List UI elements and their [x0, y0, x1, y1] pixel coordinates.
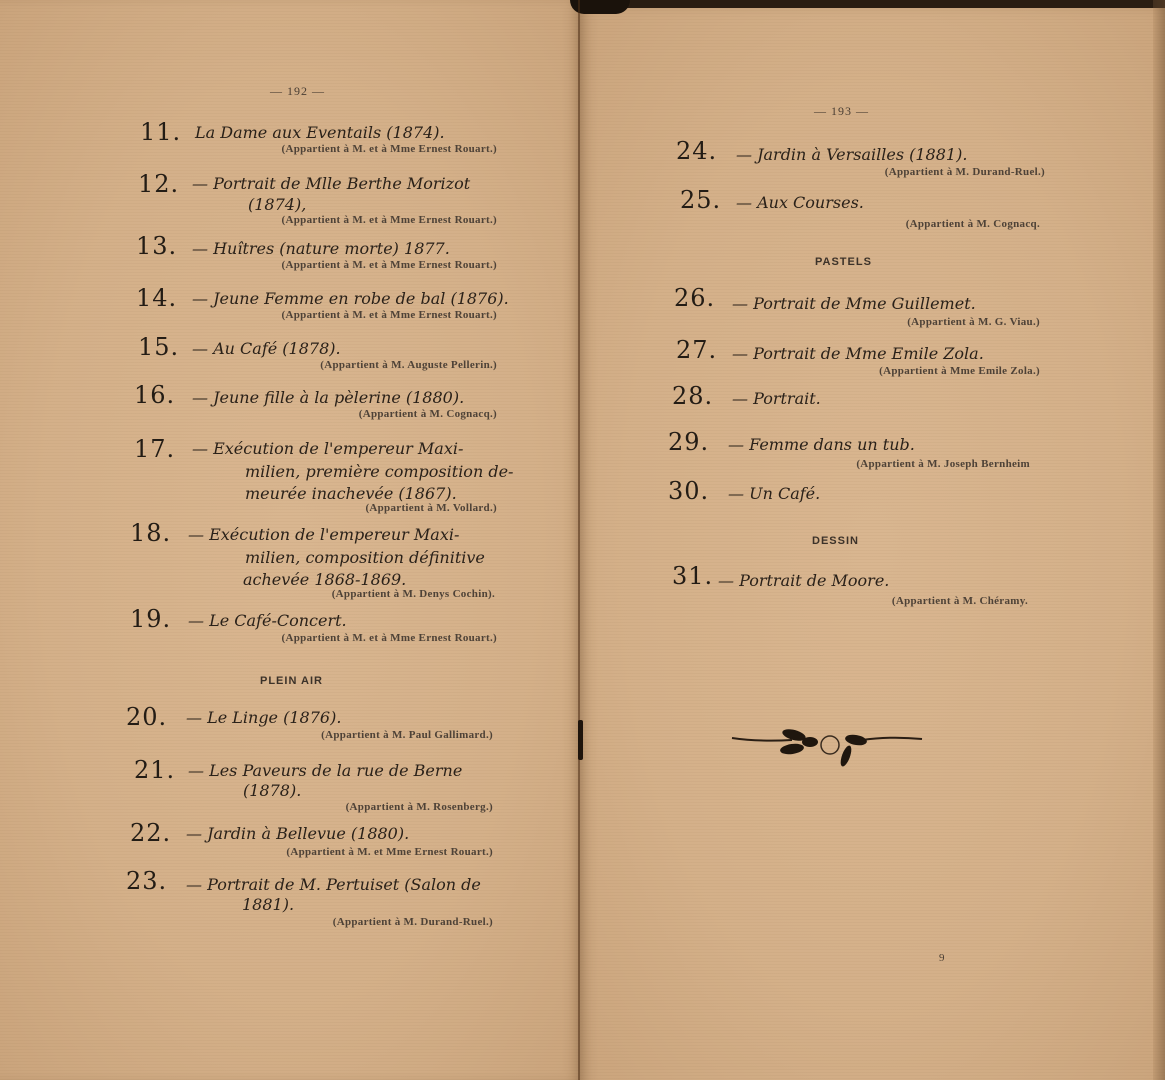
entry-owner: (Appartient à M. et à Mme Ernest Rouart.… [282, 632, 497, 644]
entry-title: — Jeune fille à la pèlerine (1880). [192, 386, 464, 409]
entry-owner: (Appartient à M. Rosenberg.) [346, 801, 493, 813]
entry-number: 23. [126, 867, 167, 895]
entry-number: 13. [136, 232, 177, 260]
entry-owner: (Appartient à M. Durand-Ruel.) [885, 166, 1045, 178]
entry-title: — Le Café-Concert. [188, 609, 347, 632]
entry-number: 18. [130, 519, 171, 547]
entry-owner: (Appartient à M. Joseph Bernheim [856, 458, 1030, 470]
entry-title: — Le Linge (1876). [186, 706, 341, 729]
entry-owner: (Appartient à M. et à Mme Ernest Rouart.… [282, 259, 497, 271]
entry-owner: (Appartient à M. Chéramy. [892, 595, 1028, 607]
entry-owner: (Appartient à M. Denys Cochin). [332, 588, 495, 600]
entry-number: 30. [668, 477, 709, 505]
entry-number: 25. [680, 186, 721, 214]
entry-number: 28. [672, 382, 713, 410]
page-edge [1153, 0, 1165, 1080]
entry-number: 11. [140, 118, 181, 146]
entry-title: — Portrait de M. Pertuiset (Salon de [186, 873, 481, 896]
right-page [580, 8, 1165, 1080]
entry-title: — Huîtres (nature morte) 1877. [192, 237, 450, 260]
entry-title-line2: (1878). [243, 779, 301, 802]
entry-title: — Portrait de Mme Emile Zola. [732, 342, 984, 365]
entry-number: 16. [134, 381, 175, 409]
entry-owner: (Appartient à M. et Mme Ernest Rouart.) [286, 846, 493, 858]
entry-title: — Portrait de Moore. [718, 569, 889, 592]
entry-owner: (Appartient à M. et à Mme Ernest Rouart.… [282, 309, 497, 321]
signature-mark: 9 [939, 952, 945, 964]
entry-title-line2: 1881). [242, 893, 294, 916]
entry-title: — Les Paveurs de la rue de Berne [188, 759, 462, 782]
entry-number: 12. [138, 170, 179, 198]
entry-number: 22. [130, 819, 171, 847]
section-heading-plein-air: PLEIN AIR [260, 675, 323, 687]
entry-owner: (Appartient à M. et à Mme Ernest Rouart.… [282, 143, 497, 155]
book-gutter [578, 0, 580, 1080]
entry-number: 20. [126, 703, 167, 731]
entry-number: 24. [676, 137, 717, 165]
entry-title-line2: milien, première composition de- [245, 460, 513, 483]
entry-title: — Jeune Femme en robe de bal (1876). [192, 287, 509, 310]
section-heading-dessin: DESSIN [812, 535, 859, 547]
entry-owner: (Appartient à M. Auguste Pellerin.) [320, 359, 497, 371]
entry-title: — Portrait. [732, 387, 821, 410]
gutter-tear [578, 720, 583, 760]
entry-title: — Femme dans un tub. [728, 433, 915, 456]
entry-number: 14. [136, 284, 177, 312]
entry-title: — Aux Courses. [736, 191, 864, 214]
entry-number: 26. [674, 284, 715, 312]
entry-owner: (Appartient à M. G. Viau.) [907, 316, 1040, 328]
entry-number: 17. [134, 435, 175, 463]
page-number-right: — 193 — [814, 104, 869, 119]
entry-number: 27. [676, 336, 717, 364]
entry-owner: (Appartient à Mme Emile Zola.) [879, 365, 1040, 377]
entry-title: — Jardin à Bellevue (1880). [186, 822, 409, 845]
entry-title: — Exécution de l'empereur Maxi- [188, 523, 459, 546]
entry-owner: (Appartient à M. Paul Gallimard.) [321, 729, 493, 741]
entry-owner: (Appartient à M. Cognacq. [906, 218, 1040, 230]
page-number-left: — 192 — [270, 84, 325, 99]
entry-owner: (Appartient à M. Cognacq.) [359, 408, 497, 420]
entry-title: — Portrait de Mme Guillemet. [732, 292, 976, 315]
entry-number: 31. [672, 562, 713, 590]
fleuron-ornament-icon [730, 722, 925, 772]
entry-title: — Portrait de Mlle Berthe Morizot [192, 172, 470, 195]
entry-owner: (Appartient à M. Vollard.) [365, 502, 497, 514]
entry-title-line2: (1874), [248, 193, 306, 216]
entry-title: — Jardin à Versailles (1881). [736, 143, 967, 166]
entry-title: — Un Café. [728, 482, 820, 505]
entry-number: 21. [134, 756, 175, 784]
entry-number: 29. [668, 428, 709, 456]
entry-title: — Exécution de l'empereur Maxi- [192, 437, 463, 460]
entry-number: 15. [138, 333, 179, 361]
section-heading-pastels: PASTELS [815, 256, 872, 268]
entry-title: — Au Café (1878). [192, 337, 341, 360]
entry-owner: (Appartient à M. Durand-Ruel.) [333, 916, 493, 928]
entry-title: La Dame aux Eventails (1874). [195, 121, 445, 144]
entry-owner: (Appartient à M. et à Mme Ernest Rouart.… [282, 214, 497, 226]
entry-number: 19. [130, 605, 171, 633]
entry-title-line2: milien, composition définitive [245, 546, 485, 569]
